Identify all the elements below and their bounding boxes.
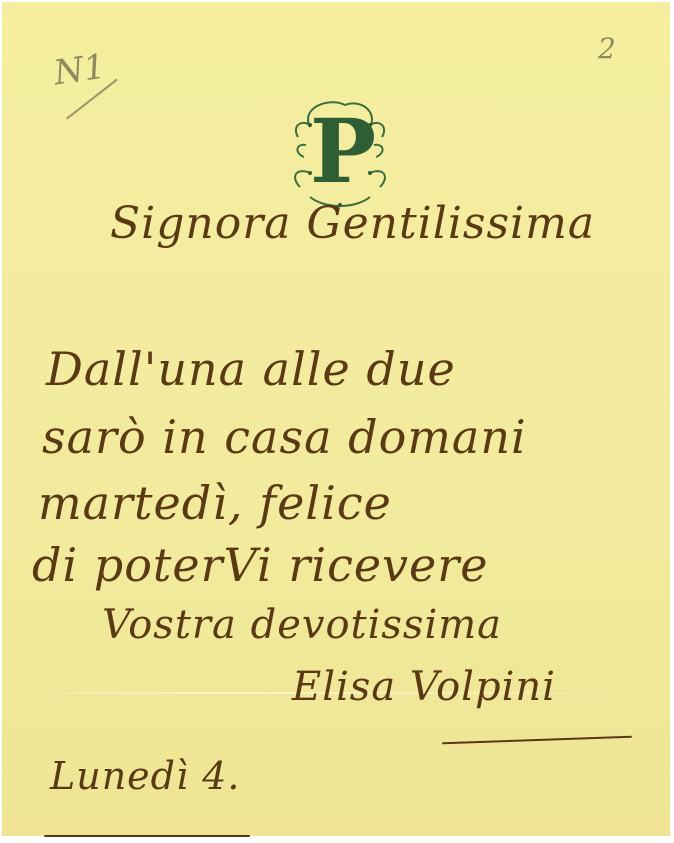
closing: Vostra devotissima [102,602,502,648]
salutation: Signora Gentilissima [110,198,595,249]
signature: Elisa Volpini [292,664,556,710]
monogram-letter: P [310,107,376,195]
letter-paper: N1 2 P Signora Gentilissima Dall [2,2,670,836]
ornate-monogram-p-icon: P [290,97,390,209]
body-line-1: Dall'una alle due [46,342,456,396]
page-number-annotation: 2 [598,32,616,65]
date-underline [44,835,250,837]
body-line-4: di poterVi ricevere [32,538,488,592]
date-line: Lunedì 4. [50,754,240,798]
body-line-2: sarò in casa domani [42,410,527,464]
body-line-3: martedì, felice [38,476,392,530]
signature-flourish [442,736,632,745]
archive-number-annotation: N1 [51,47,107,94]
